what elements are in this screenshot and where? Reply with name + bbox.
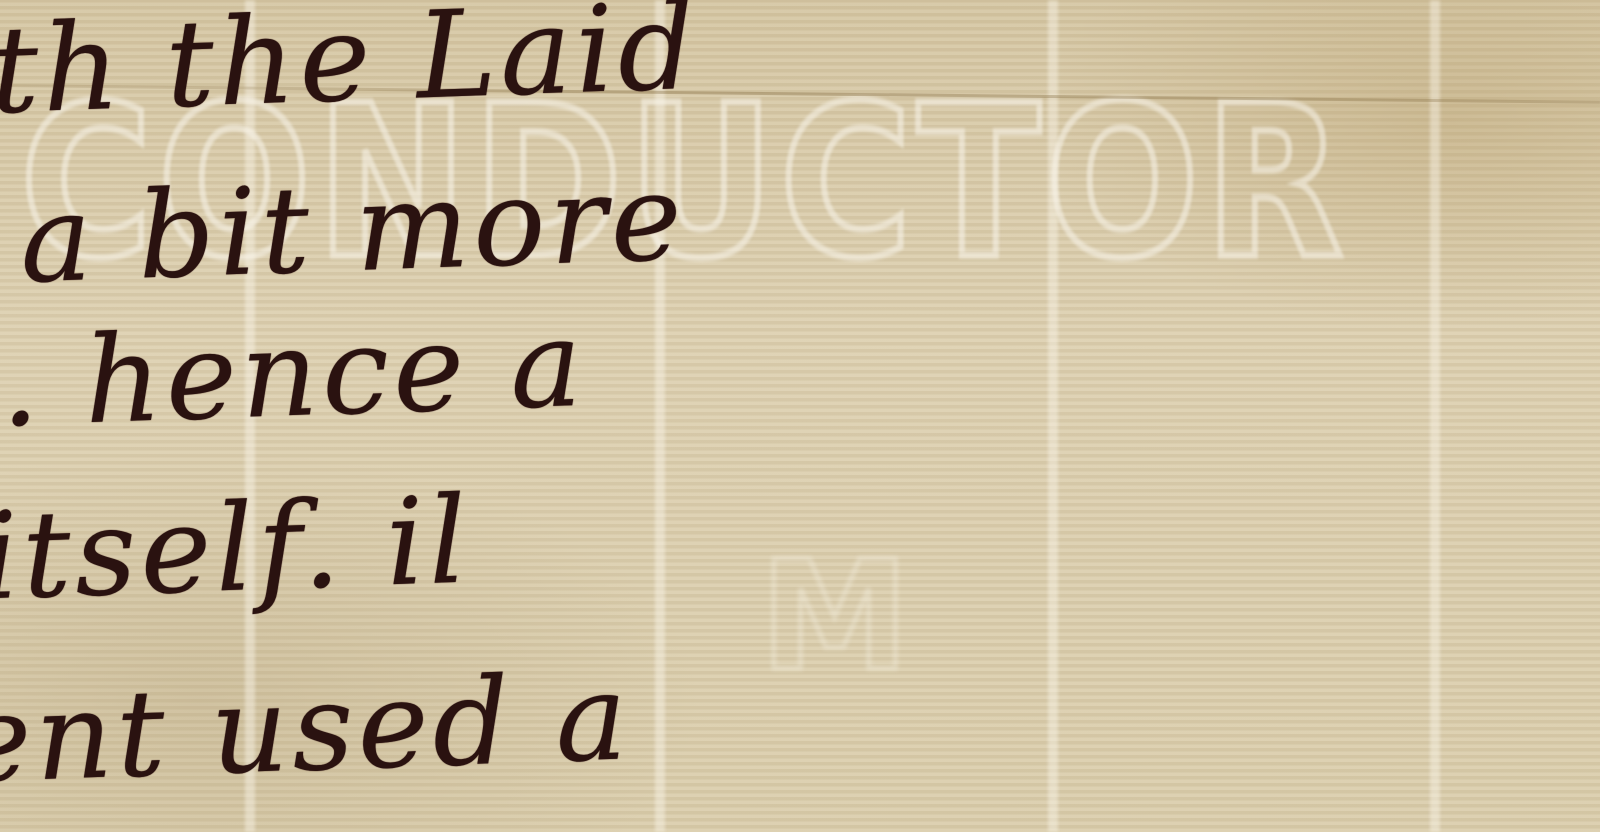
handwriting-line: . hence a bbox=[0, 295, 588, 454]
handwriting-line: itself. il bbox=[0, 471, 473, 627]
handwriting-line: a bit more bbox=[18, 148, 688, 310]
letter-paper: CONDUCTOR M th the Laid a bit more . hen… bbox=[0, 0, 1600, 832]
paper-watermark-lower: M bbox=[760, 530, 909, 704]
handwriting-line: th the Laid bbox=[0, 0, 701, 141]
handwriting-line: ent used a bbox=[0, 648, 633, 810]
paper-chain-line bbox=[1430, 0, 1440, 832]
